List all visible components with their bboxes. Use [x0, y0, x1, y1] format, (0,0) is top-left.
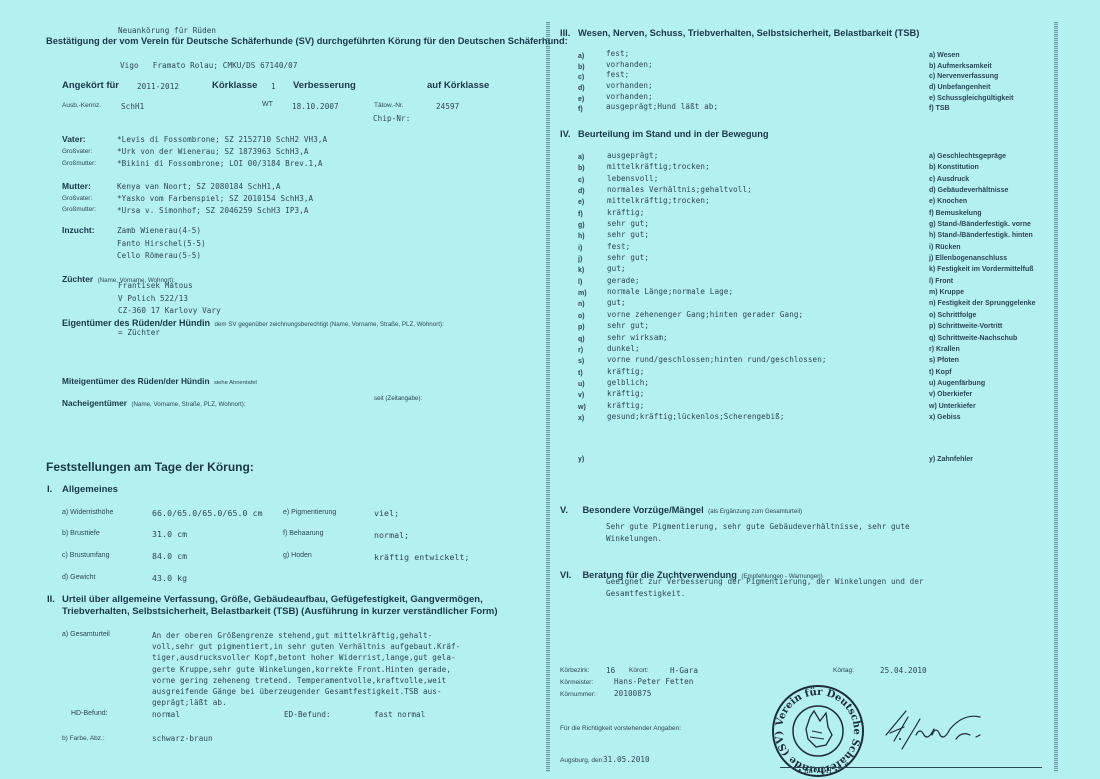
inzucht-list: Zamb Wienerau(4-5) Fanto Hirschel(5-5) C… — [117, 225, 206, 263]
row-legend: x) Gebiss — [929, 412, 1036, 423]
row-value: kräftig; — [607, 207, 827, 218]
koernummer-value: 20100875 — [614, 689, 651, 698]
measure-label: b) Brusttiefe — [62, 530, 100, 537]
section-5-heading: V. Besondere Vorzüge/Mängel (als Ergänzu… — [560, 500, 802, 518]
koertag-label: Körtag: — [833, 667, 854, 674]
row-value: sehr gut; — [607, 320, 827, 331]
gesamturteil-line: geprägt;läßt ab. — [152, 697, 460, 708]
row-value: fest; — [606, 70, 718, 81]
gesamturteil-line: vorne gering zeheneng tretend. Temperame… — [152, 675, 460, 686]
row-value: vorhanden; — [606, 60, 718, 71]
s4-y-legend: y) Zahnfehler — [929, 456, 973, 463]
trait-value: normal; — [374, 530, 409, 540]
row-value: vorhanden; — [606, 81, 718, 92]
svg-text:• im VDH •: • im VDH • — [798, 767, 839, 775]
nacheigentuemer-heading: Nacheigentümer (Name, Vorname, Straße, P… — [62, 393, 246, 411]
page-perforation-right — [1054, 22, 1058, 772]
mutter-grossmutter-value: *Ursa v. Simonhof; SZ 2046259 SchH3 IP3,… — [117, 206, 309, 215]
measure-value: 31.0 cm — [152, 529, 187, 539]
row-key: c) — [578, 73, 585, 84]
row-value: gerade; — [607, 275, 827, 286]
section-5-line: Winkelungen. — [606, 533, 910, 545]
section-1-number: I. — [47, 484, 52, 495]
row-key: q) — [578, 334, 587, 345]
gesamturteil-line: gerte Kruppe,sehr gute Winkelungen,korre… — [152, 664, 460, 675]
auf-koerklasse-label: auf Körklasse — [427, 80, 489, 91]
s4-values: ausgeprägt;mittelkräftig;trocken;lebensv… — [607, 150, 827, 422]
row-value: fest; — [606, 49, 718, 60]
row-key: e) — [578, 95, 585, 106]
row-key: b) — [578, 163, 587, 174]
row-legend: b) Aufmerksamkeit — [929, 62, 1013, 73]
section-2-number: II. — [47, 594, 55, 605]
gesamturteil-text: An der oberen Größengrenze stehend,gut m… — [152, 630, 460, 708]
row-value: mittelkräftig;trocken; — [607, 161, 827, 172]
measure-value: 43.0 kg — [152, 573, 187, 583]
angekoert-label: Angekört für — [62, 80, 119, 91]
zuechter-street: V Polich 522/13 — [118, 293, 221, 306]
signature-line — [780, 767, 1042, 768]
row-legend: t) Kopf — [929, 367, 1036, 378]
row-legend: i) Rücken — [929, 242, 1036, 253]
gesamturteil-line: voll,sehr gut pigmentiert,in sehr guten … — [152, 641, 460, 652]
row-legend: b) Konstitution — [929, 162, 1036, 173]
row-legend: o) Schrittfolge — [929, 310, 1036, 321]
row-key: b) — [578, 63, 585, 74]
row-value: vorne zehenenger Gang;hinten gerader Gan… — [607, 309, 827, 320]
row-key: a) — [578, 52, 585, 63]
row-key: e) — [578, 197, 587, 208]
gesamturteil-label: a) Gesamturteil — [62, 631, 110, 638]
section-6-line: Gesamtfestigkeit. — [606, 588, 924, 600]
eigentuemer-value: = Züchter — [118, 328, 160, 337]
row-key: w) — [578, 402, 587, 413]
measure-value: 84.0 cm — [152, 551, 187, 561]
vater-value: *Levis di Fossombrone; SZ 2152710 SchH2 … — [117, 135, 327, 144]
section-5-text: Sehr gute Pigmentierung, sehr gute Gebäu… — [606, 521, 910, 545]
row-legend: f) TSB — [929, 104, 1013, 115]
row-legend: m) Kruppe — [929, 287, 1036, 298]
richtigkeit-statement: Für die Richtigkeit vorstehender Angaben… — [560, 725, 681, 732]
verbesserung-label: Verbesserung — [293, 80, 356, 91]
trait-label: e) Pigmentierung — [283, 509, 336, 516]
row-legend: u) Augenfärbung — [929, 378, 1036, 389]
row-legend: d) Unbefangenheit — [929, 83, 1013, 94]
row-legend: p) Schrittweite-Vortritt — [929, 321, 1036, 332]
mutter-grossvater-value: *Yasko vom Farbenspiel; SZ 2010154 SchH3… — [117, 194, 313, 203]
section-6-number: VI. — [560, 570, 578, 580]
row-value: mittelkräftig;trocken; — [607, 195, 827, 206]
row-legend: n) Festigkeit der Sprunggelenke — [929, 298, 1036, 309]
row-value: sehr gut; — [607, 252, 827, 263]
row-key: o) — [578, 311, 587, 322]
row-value: normale Länge;normale Lage; — [607, 286, 827, 297]
measure-label: a) Widerristhöhe — [62, 509, 113, 516]
seit-label: seit (Zeitangabe): — [374, 395, 422, 402]
vater-label: Vater: — [62, 134, 86, 144]
row-legend: e) Schussgleichgültigkeit — [929, 94, 1013, 105]
row-value: kräftig; — [607, 400, 827, 411]
row-legend: l) Front — [929, 276, 1036, 287]
row-key: k) — [578, 265, 587, 276]
mutter-label: Mutter: — [62, 181, 91, 191]
section-3-number: III. — [560, 28, 570, 38]
row-value: sehr gut; — [607, 218, 827, 229]
eigentuemer-label: Eigentümer des Rüden/der Hündin — [62, 318, 210, 328]
row-value: gesund;kräftig;lückenlos;Scherengebiß; — [607, 411, 827, 422]
vater-grossvater-label: Großvater: — [62, 148, 92, 155]
koerklasse-label: Körklasse — [212, 80, 257, 91]
koerklasse-value: 1 — [271, 82, 276, 91]
sv-stamp: Verein für Deutsche Schäferhunde (SV) • … — [770, 683, 866, 779]
document-title: Bestätigung der vom Verein für Deutsche … — [46, 36, 568, 46]
s4-keys: a)b)c)d)e)f)g)h)i)j)k)l)m)n)o)p)q)r)s)t)… — [578, 152, 587, 424]
section-5-line: Sehr gute Pigmentierung, sehr gute Gebäu… — [606, 521, 910, 533]
row-legend: r) Krallen — [929, 344, 1036, 355]
miteigentuemer-label: Miteigentümer des Rüden/der Hündin — [62, 376, 210, 386]
gesamturteil-line: An der oberen Größengrenze stehend,gut m… — [152, 630, 460, 641]
row-legend: s) Pfoten — [929, 355, 1036, 366]
row-legend: w) Unterkiefer — [929, 401, 1036, 412]
row-key: d) — [578, 84, 585, 95]
wt-label: WT — [262, 101, 273, 108]
section-1-title: Allgemeines — [62, 484, 118, 495]
row-key: i) — [578, 243, 587, 254]
koerbezirk-label: Körbezirk: — [560, 667, 589, 674]
findings-title: Feststellungen am Tage der Körung: — [46, 460, 254, 474]
row-value: fest; — [607, 241, 827, 252]
section-4-number: IV. — [560, 129, 571, 139]
place-label: Augsburg, den — [560, 757, 602, 764]
subtitle: Neuankörung für Rüden — [118, 26, 216, 35]
row-key: t) — [578, 368, 587, 379]
row-value: vorhanden; — [606, 92, 718, 103]
trait-value: viel; — [374, 508, 399, 518]
measure-label: d) Gewicht — [62, 574, 95, 581]
row-value: gut; — [607, 263, 827, 274]
ausb-label: Ausb.-Kennz. — [62, 102, 101, 109]
section-3-title: Wesen, Nerven, Schuss, Triebverhalten, S… — [578, 28, 919, 38]
farbe-label: b) Farbe, Abz.: — [62, 735, 105, 742]
vater-grossvater-value: *Urk von der Wienerau; SZ 1873963 SchH3,… — [117, 147, 309, 156]
trait-label: g) Hoden — [283, 552, 312, 559]
row-legend: a) Geschlechtsgepräge — [929, 151, 1036, 162]
row-value: normales Verhältnis;gehaltvoll; — [607, 184, 827, 195]
chip-label: Chip-Nr: — [373, 114, 410, 123]
zuechter-name: Frantisek Matous — [118, 280, 221, 293]
koerort-label: Körort: — [629, 667, 649, 674]
mutter-grossmutter-label: Großmutter: — [62, 206, 96, 213]
eigentuemer-hint: dem SV gegenüber zeichnungsberechtigt (N… — [214, 321, 443, 328]
zuechter-label: Züchter — [62, 274, 93, 284]
row-legend: g) Stand-/Bänderfestigk. vorne — [929, 219, 1036, 230]
row-legend: k) Festigkeit im Vordermittelfuß — [929, 264, 1036, 275]
row-value: gelblich; — [607, 377, 827, 388]
section-4-title: Beurteilung im Stand und in der Bewegung — [578, 129, 769, 139]
trait-value: kräftig entwickelt; — [374, 552, 470, 562]
row-key: u) — [578, 379, 587, 390]
hd-label: HD-Befund: — [71, 710, 108, 717]
s3-legend: a) Wesenb) Aufmerksamkeitc) Nervenverfas… — [929, 51, 1013, 115]
ausb-value: SchH1 — [121, 102, 144, 111]
row-key: s) — [578, 356, 587, 367]
section-6-line: Geeignet zur Verbesserung der Pigmentier… — [606, 576, 924, 588]
row-value: kräftig; — [607, 366, 827, 377]
row-key: d) — [578, 186, 587, 197]
row-value: ausgeprägt;Hund läßt ab; — [606, 102, 718, 113]
inzucht-item: Fanto Hirschel(5-5) — [117, 238, 206, 251]
section-6-text: Geeignet zur Verbesserung der Pigmentier… — [606, 576, 924, 600]
row-key: f) — [578, 209, 587, 220]
row-legend: c) Nervenverfassung — [929, 72, 1013, 83]
s3-values: fest;vorhanden;fest;vorhanden;vorhanden;… — [606, 49, 718, 113]
row-key: n) — [578, 299, 587, 310]
trait-label: f) Behaarung — [283, 530, 323, 537]
s3-keys: a)b)c)d)e)f) — [578, 52, 585, 116]
s4-y-key: y) — [578, 456, 584, 463]
vater-grossmutter-label: Großmutter: — [62, 160, 96, 167]
ed-label: ED-Befund: — [284, 710, 331, 719]
farbe-value: schwarz-braun — [152, 734, 213, 743]
miteigentuemer-hint: siehe Ahnentafel — [214, 380, 257, 386]
gesamturteil-line: tiger,ausdrucksvoller Kopf,betont hoher … — [152, 652, 460, 663]
dog-name: Vigo Framato Rolau; CMKU/DS 67140/07 — [120, 61, 298, 70]
wt-value: 18.10.2007 — [292, 102, 339, 111]
row-key: a) — [578, 152, 587, 163]
row-key: h) — [578, 231, 587, 242]
inzucht-label: Inzucht: — [62, 225, 95, 235]
row-value: sehr wirksam; — [607, 332, 827, 343]
row-legend: d) Gebäudeverhältnisse — [929, 185, 1036, 196]
row-key: c) — [578, 175, 587, 186]
row-key: l) — [578, 277, 587, 288]
row-key: j) — [578, 254, 587, 265]
row-key: x) — [578, 413, 587, 424]
row-legend: q) Schrittweite-Nachschub — [929, 333, 1036, 344]
svg-text:Verein für Deutsche Schäferhun: Verein für Deutsche Schäferhunde (SV) — [774, 687, 862, 775]
measure-value: 66.0/65.0/65.0/65.0 cm — [152, 508, 263, 518]
page-perforation-left — [546, 22, 550, 772]
koernummer-label: Körnummer: — [560, 691, 596, 698]
place-date: 31.05.2010 — [603, 755, 650, 764]
row-key: r) — [578, 345, 587, 356]
nacheigentuemer-hint: (Name, Vorname, Straße, PLZ, Wohnort): — [131, 401, 245, 408]
measure-label: c) Brustumfang — [62, 552, 109, 559]
section-5-title: Besondere Vorzüge/Mängel — [582, 505, 703, 515]
row-value: kräftig; — [607, 388, 827, 399]
ed-value: fast normal — [374, 710, 425, 719]
row-value: sehr gut; — [607, 229, 827, 240]
inzucht-item: Zamb Wienerau(4-5) — [117, 225, 206, 238]
row-key: m) — [578, 288, 587, 299]
koertag-value: 25.04.2010 — [880, 666, 927, 675]
taetow-value: 24597 — [436, 102, 459, 111]
hd-value: normal — [152, 710, 180, 719]
row-value: vorne rund/geschlossen;hinten rund/gesch… — [607, 354, 827, 365]
koermeister-label: Körmeister: — [560, 679, 593, 686]
row-legend: f) Bemuskelung — [929, 208, 1036, 219]
row-legend: j) Ellenbogenanschluss — [929, 253, 1036, 264]
mutter-grossvater-label: Großvater: — [62, 195, 92, 202]
koerbezirk-value: 16 — [606, 666, 615, 675]
row-value: gut; — [607, 297, 827, 308]
vater-grossmutter-value: *Bikini di Fossombrone; LOI 00/3184 Brev… — [117, 159, 323, 168]
inzucht-item: Cello Römerau(5-5) — [117, 250, 206, 263]
row-value: dunkel; — [607, 343, 827, 354]
row-legend: v) Oberkiefer — [929, 389, 1036, 400]
taetow-label: Tätow.-Nr. — [374, 102, 404, 109]
row-value: lebensvoll; — [607, 173, 827, 184]
section-5-hint: (als Ergänzung zum Gesamturteil) — [708, 508, 802, 515]
row-key: g) — [578, 220, 587, 231]
row-legend: a) Wesen — [929, 51, 1013, 62]
row-key: v) — [578, 390, 587, 401]
section-2-title-cont: Triebverhalten, Selbstsicherheit, Belast… — [62, 606, 498, 617]
signature — [880, 705, 1000, 765]
row-legend: c) Ausdruck — [929, 174, 1036, 185]
gesamturteil-line: ausgreifende Gänge bei überzeugender Ges… — [152, 686, 460, 697]
s4-legend: a) Geschlechtsgeprägeb) Konstitutionc) A… — [929, 151, 1036, 423]
nacheigentuemer-label: Nacheigentümer — [62, 398, 127, 408]
miteigentuemer-heading: Miteigentümer des Rüden/der Hündin siehe… — [62, 371, 257, 389]
section-2-title: Urteil über allgemeine Verfassung, Größe… — [62, 594, 483, 605]
row-legend: e) Knochen — [929, 196, 1036, 207]
row-legend: h) Stand-/Bänderfestigk. hinten — [929, 230, 1036, 241]
section-5-number: V. — [560, 505, 578, 515]
mutter-value: Kenya van Noort; SZ 2080184 SchH1,A — [117, 182, 281, 191]
row-key: p) — [578, 322, 587, 333]
row-value: ausgeprägt; — [607, 150, 827, 161]
angekoert-value: 2011-2012 — [137, 82, 179, 91]
row-key: f) — [578, 105, 585, 116]
koerort-value: H-Gara — [670, 666, 698, 675]
koermeister-value: Hans-Peter Fetten — [614, 677, 693, 686]
